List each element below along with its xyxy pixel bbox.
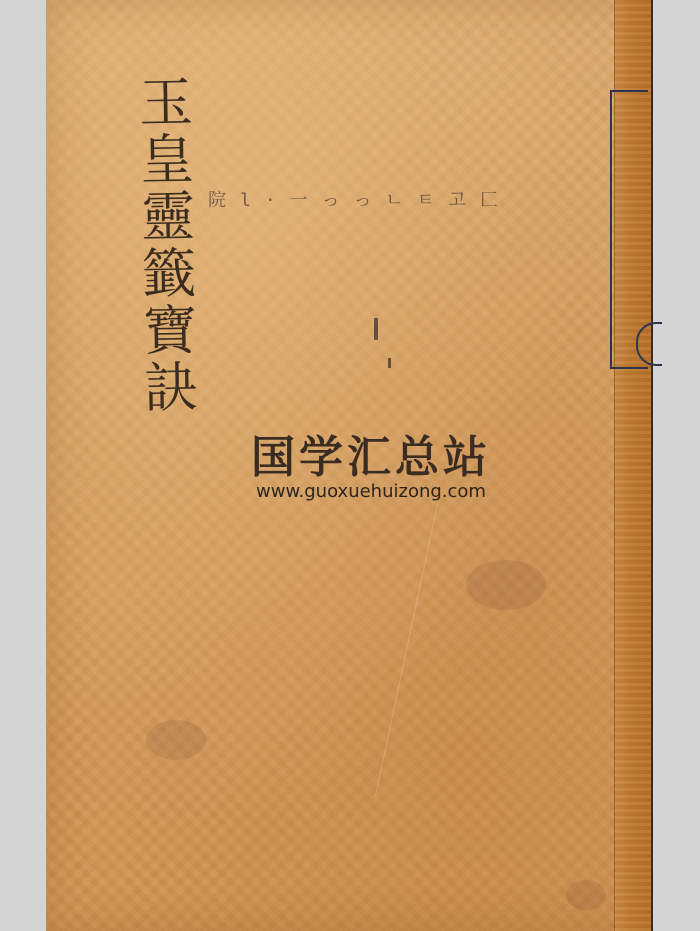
handwritten-title: 玉皇靈籤寶訣 (113, 73, 199, 416)
stamped-text-line: 院l·一っっㄴㅌ고匚 (208, 186, 548, 212)
center-ink-mark (388, 358, 391, 368)
paper-stain (466, 560, 546, 610)
spine-edge (651, 0, 653, 931)
watermark-site-name: 国学汇总站 (221, 421, 521, 485)
book-cover-page: 玉皇靈籤寶訣 院l·一っっㄴㅌ고匚 国学汇总站 www.guoxuehuizon… (46, 0, 653, 931)
paper-crease (375, 503, 438, 797)
paper-stain (566, 880, 606, 910)
paper-stain (146, 720, 206, 760)
watermark-url: www.guoxuehuizong.com (206, 481, 536, 502)
center-ink-mark (374, 318, 378, 340)
